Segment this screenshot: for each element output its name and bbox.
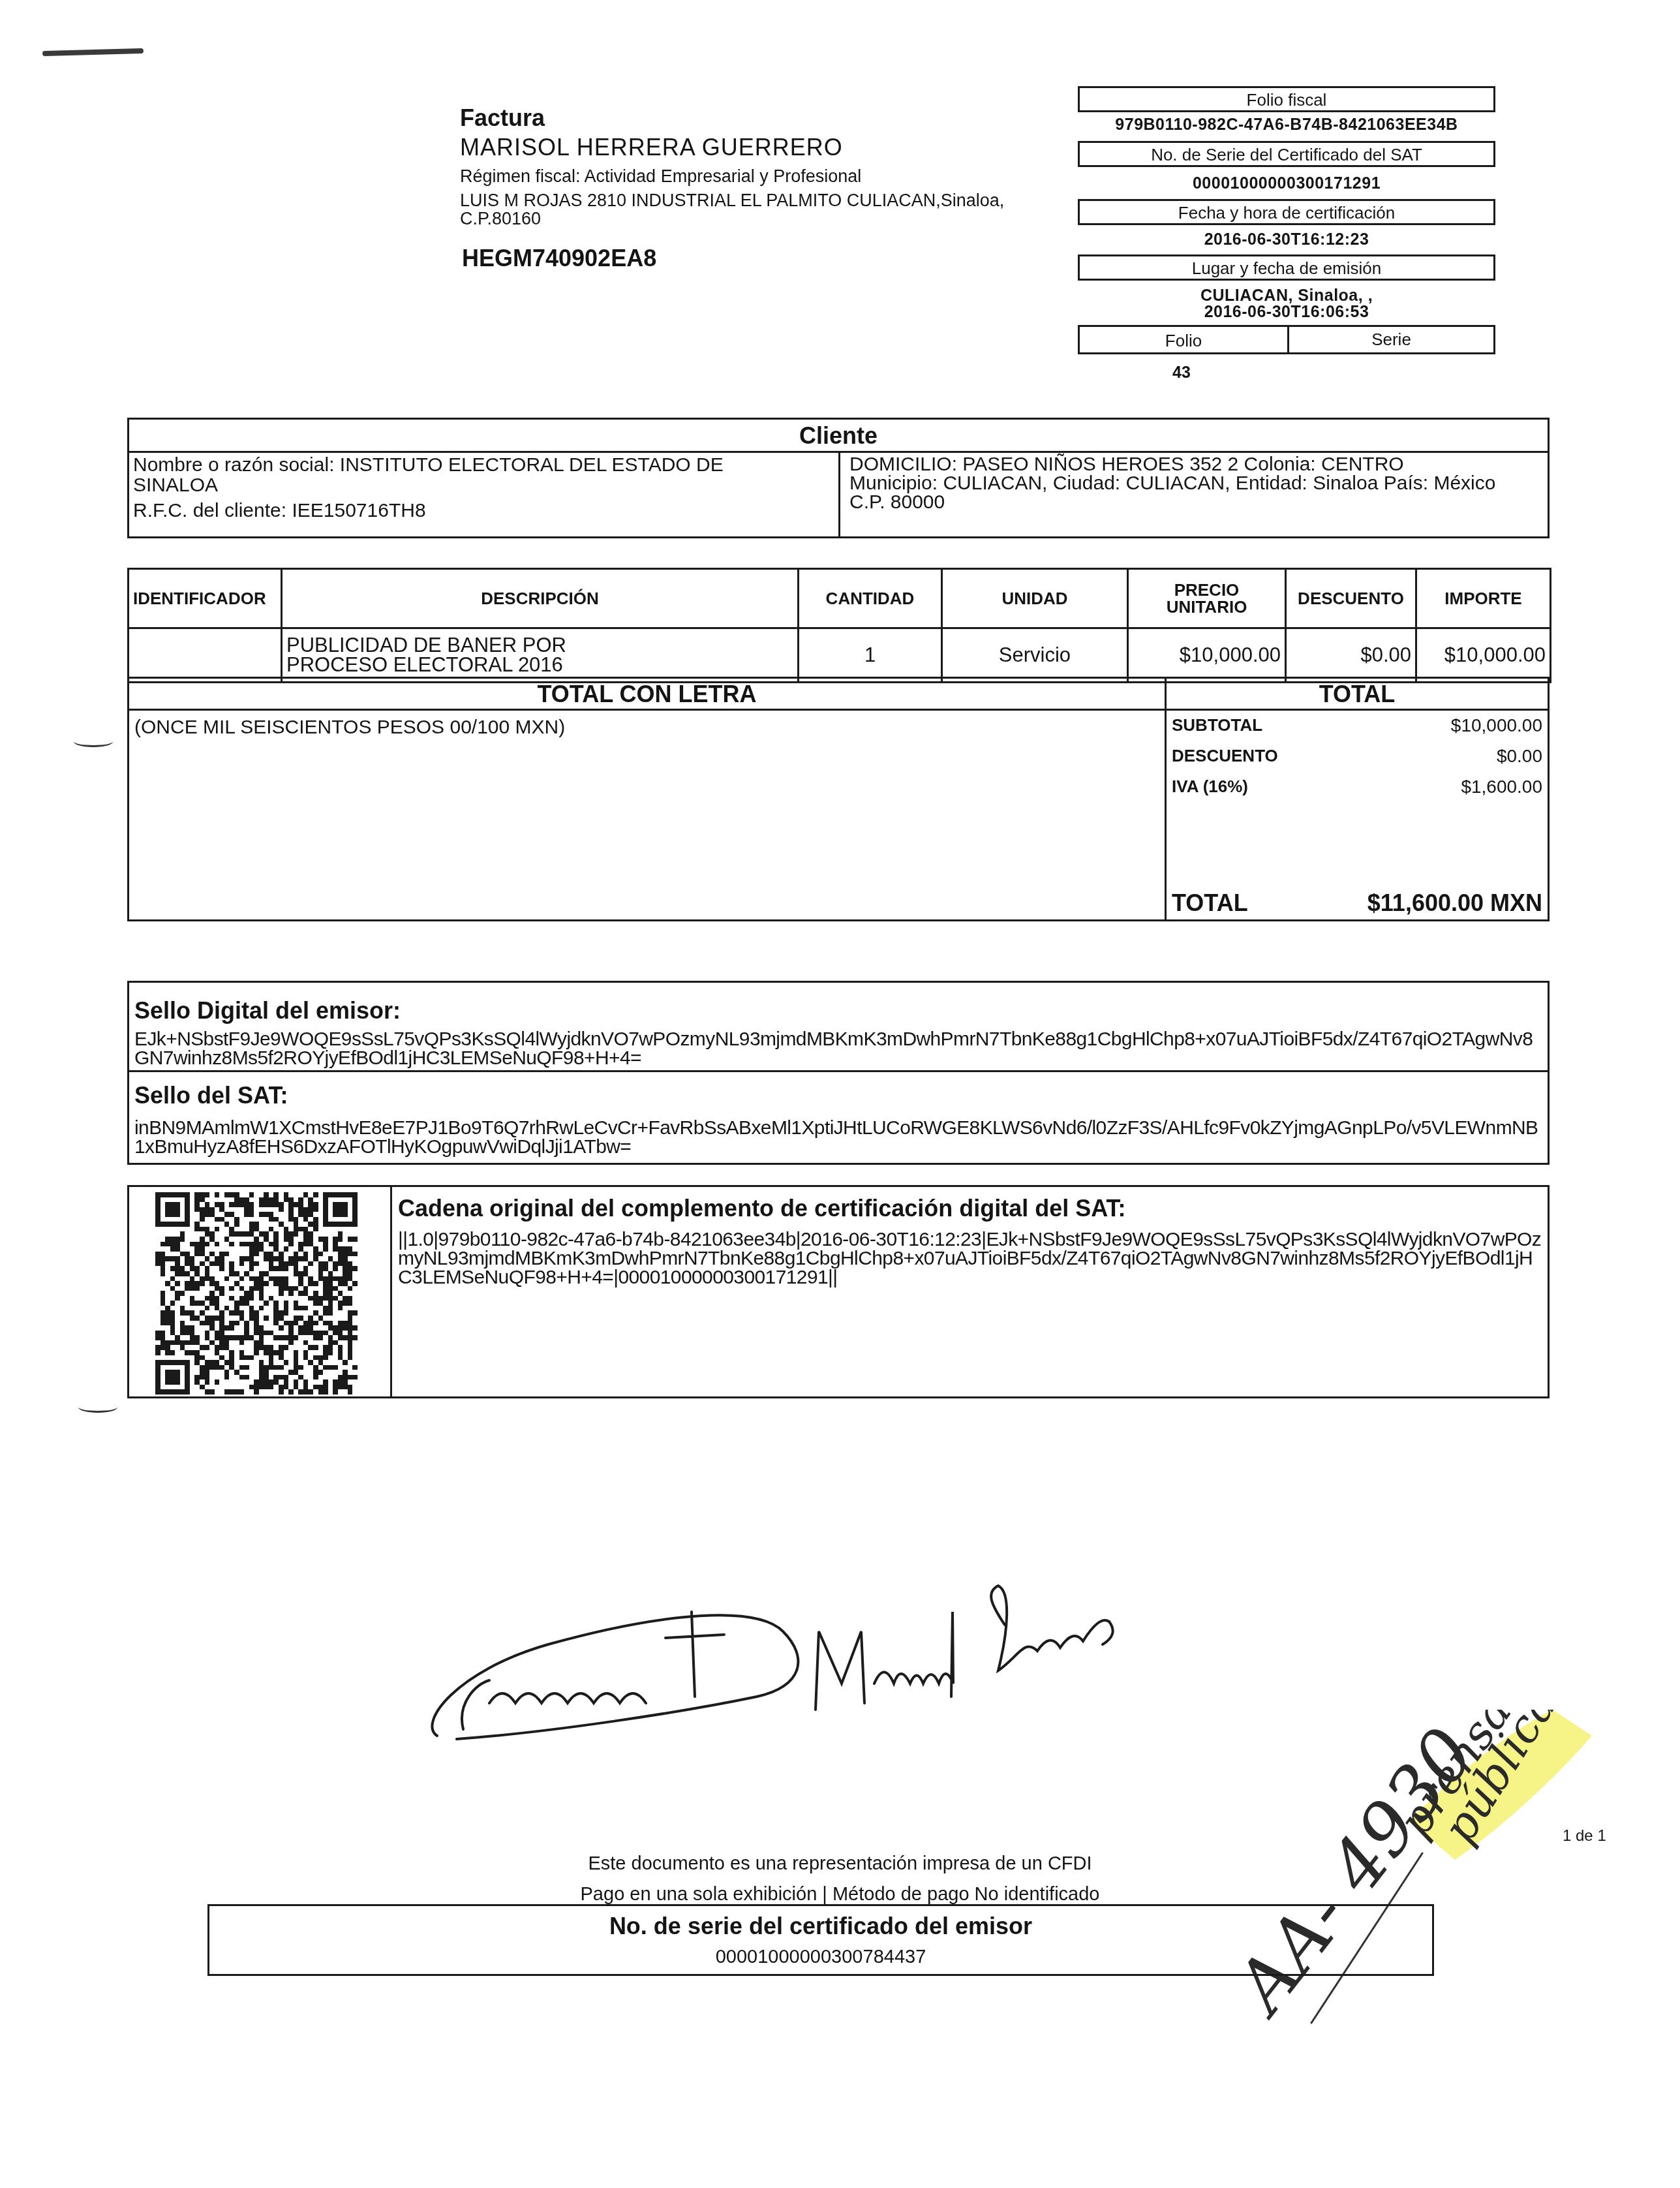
items-header-row: IDENTIFICADOR DESCRIPCIÓN CANTIDAD UNIDA… [129,569,1551,628]
document-type-label: Factura [460,104,545,132]
client-name: Nombre o razón social: INSTITUTO ELECTOR… [133,455,834,475]
serie-label: Serie [1289,327,1493,352]
seals-section: Sello Digital del emisor: EJk+NSbstF9Je9… [127,981,1550,1165]
iva-label: IVA (16%) [1172,777,1248,797]
cert-emisor-section: No. de serie del certificado del emisor … [207,1904,1434,1976]
item-importe: $10,000.00 [1416,628,1551,683]
col-precio-unitario: PRECIO UNITARIO [1128,569,1286,628]
sello-sat-title: Sello del SAT: [134,1082,288,1109]
cert-sat-value: 00001000000300171291 [1078,174,1495,193]
folio-fiscal-label: Folio fiscal [1078,86,1495,112]
item-identificador [129,628,282,683]
sello-emisor-value: EJk+NSbstF9Je9WOQE9sSsL75vQPs3KsSQl4lWyj… [134,1030,1544,1068]
col-unidad: UNIDAD [942,569,1128,628]
client-cp: C.P. 80000 [849,493,1538,512]
folio-fiscal-value: 979B0110-982C-47A6-B74B-8421063EE34B [1078,116,1495,134]
item-descuento: $0.00 [1286,628,1416,683]
emitter-address-line: C.P.80160 [460,209,1047,228]
lugar-fecha-label: Lugar y fecha de emisión [1078,254,1495,281]
table-row: PUBLICIDAD DE BANER POR PROCESO ELECTORA… [129,628,1551,683]
col-descuento: DESCUENTO [1286,569,1416,628]
client-name-cont: SINALOA [133,475,834,495]
client-municipio: Municipio: CULIACAN, Ciudad: CULIACAN, E… [849,474,1538,493]
cert-sat-label: No. de Serie del Certificado del SAT [1078,141,1495,167]
item-cantidad: 1 [799,628,942,683]
sello-sat-value: inBN9MAmlmW1XCmstHvE8eE7PJ1Bo9T6Q7rhRwLe… [134,1118,1544,1156]
iva-row: IVA (16%) $1,600.00 [1172,777,1542,797]
qr-code-frame [129,1187,392,1396]
cert-emisor-label: No. de serie del certificado del emisor [209,1913,1432,1940]
lugar-line: CULIACAN, Sinaloa, , [1078,288,1495,304]
fecha-cert-value: 2016-06-30T16:12:23 [1078,230,1495,249]
grand-total-label: TOTAL [1172,889,1248,917]
seal-divider [129,1070,1548,1072]
items-table: IDENTIFICADOR DESCRIPCIÓN CANTIDAD UNIDA… [127,568,1551,683]
total-letra-title: TOTAL CON LETRA [129,679,1165,711]
totals-section: TOTAL SUBTOTAL $10,000.00 DESCUENTO $0.0… [1165,677,1550,921]
cadena-original-section: Cadena original del complemento de certi… [127,1185,1550,1398]
folio-value: 43 [1078,363,1285,382]
binder-hole-mark [78,1402,117,1413]
cadena-original-title: Cadena original del complemento de certi… [398,1195,1126,1222]
iva-value: $1,600.00 [1461,777,1542,797]
cadena-original-value: ||1.0|979b0110-982c-47a6-b74b-8421063ee3… [398,1230,1542,1287]
folio-label: Folio [1080,327,1289,352]
cfdi-note: Este documento es una representación imp… [0,1853,1680,1875]
subtotal-value: $10,000.00 [1451,715,1542,736]
totals-title: TOTAL [1167,679,1548,711]
client-identity: Nombre o razón social: INSTITUTO ELECTOR… [129,451,840,536]
client-address: DOMICILIO: PASEO NIÑOS HEROES 352 2 Colo… [840,451,1548,536]
col-descripcion: DESCRIPCIÓN [282,569,799,628]
client-rfc: R.F.C. del cliente: IEE150716TH8 [133,501,834,521]
staple-mark [42,48,144,56]
qr-code-icon [155,1192,358,1394]
cert-emisor-value: 00001000000300784437 [209,1947,1432,1968]
total-letra-value: (ONCE MIL SEISCIENTOS PESOS 00/100 MXN) [134,716,565,739]
emitter-rfc: HEGM740902EA8 [462,245,656,272]
item-descripcion: PUBLICIDAD DE BANER POR PROCESO ELECTORA… [282,628,799,683]
emitter-regimen: Régimen fiscal: Actividad Empresarial y … [460,166,861,187]
col-importe: IMPORTE [1416,569,1551,628]
col-identificador: IDENTIFICADOR [129,569,282,628]
grand-total-value: $11,600.00 MXN [1367,889,1542,917]
subtotal-row: SUBTOTAL $10,000.00 [1172,715,1542,736]
descuento-value: $0.00 [1497,746,1542,767]
client-section-title: Cliente [129,420,1548,453]
page-indicator: 1 de 1 [1563,1827,1606,1845]
fecha-cert-label: Fecha y hora de certificación [1078,199,1495,225]
payment-note: Pago en una sola exhibición | Método de … [0,1884,1680,1905]
descuento-row: DESCUENTO $0.00 [1172,746,1542,767]
subtotal-label: SUBTOTAL [1172,715,1262,736]
client-domicilio: DOMICILIO: PASEO NIÑOS HEROES 352 2 Colo… [849,455,1538,474]
folio-serie-header: Folio Serie [1078,325,1495,354]
fecha-emision-line: 2016-06-30T16:06:53 [1078,304,1495,320]
emitter-name: MARISOL HERRERA GUERRERO [460,134,843,161]
client-section: Cliente Nombre o razón social: INSTITUTO… [127,418,1550,538]
emitter-address-line: LUIS M ROJAS 2810 INDUSTRIAL EL PALMITO … [460,191,1047,209]
descuento-label: DESCUENTO [1172,746,1278,767]
col-cantidad: CANTIDAD [799,569,942,628]
binder-hole-mark [74,736,113,747]
item-precio-unitario: $10,000.00 [1128,628,1286,683]
total-letra-section: TOTAL CON LETRA (ONCE MIL SEISCIENTOS PE… [127,677,1167,921]
sello-emisor-title: Sello Digital del emisor: [134,997,401,1025]
emitter-address: LUIS M ROJAS 2810 INDUSTRIAL EL PALMITO … [460,191,1047,228]
item-unidad: Servicio [942,628,1128,683]
lugar-fecha-value: CULIACAN, Sinaloa, , 2016-06-30T16:06:53 [1078,288,1495,320]
grand-total-row: TOTAL $11,600.00 MXN [1172,889,1542,917]
